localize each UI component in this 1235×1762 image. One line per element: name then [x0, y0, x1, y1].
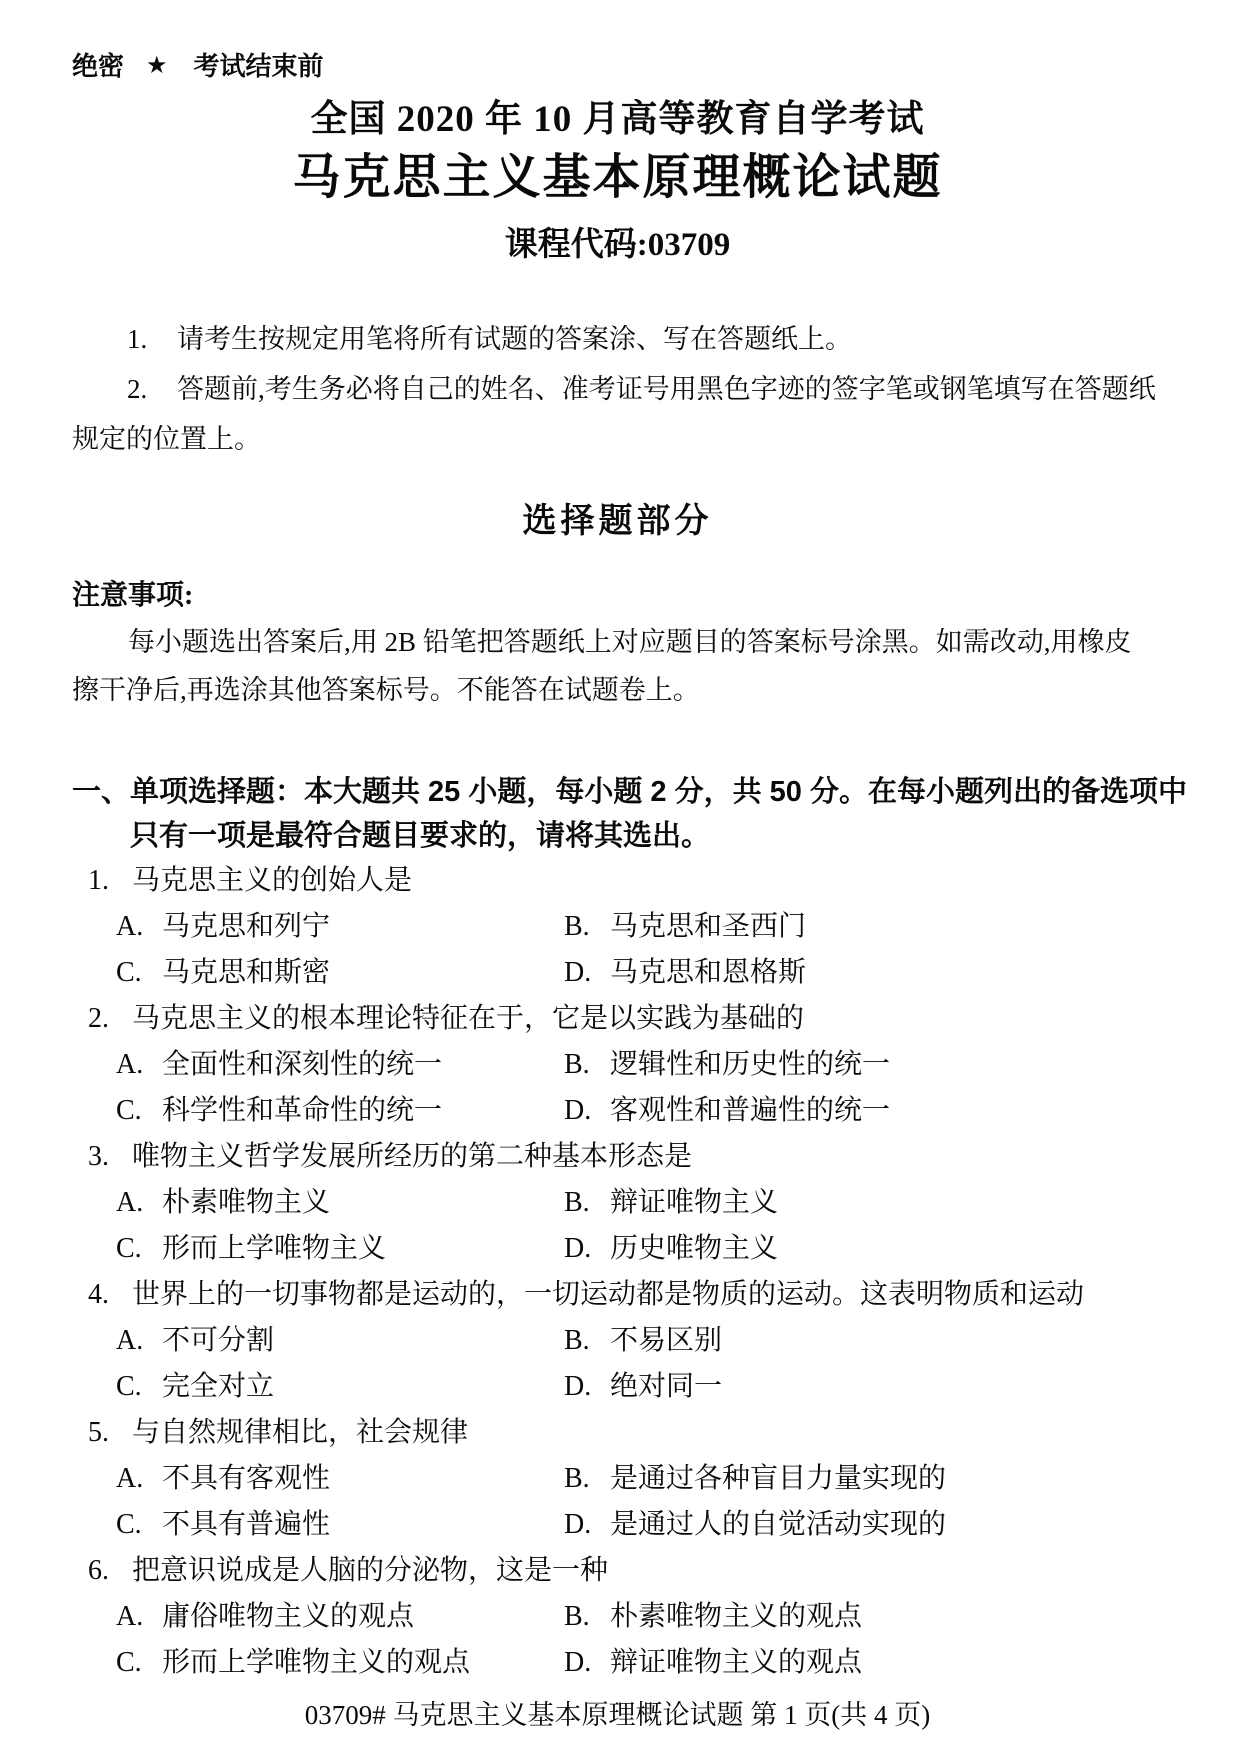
- option-text: 历史唯物主义: [610, 1226, 778, 1272]
- options-row: C. 马克思和斯密 D. 马克思和恩格斯: [116, 950, 1163, 996]
- option-text: 不具有客观性: [162, 1456, 330, 1502]
- option-b: B. 不易区别: [564, 1318, 722, 1364]
- option-letter: D.: [564, 1502, 610, 1548]
- option-a: A. 不具有客观性: [116, 1456, 564, 1502]
- option-letter: D.: [564, 1640, 610, 1686]
- option-c: C. 完全对立: [116, 1364, 564, 1410]
- option-letter: A.: [116, 1318, 162, 1364]
- question-stem: 2. 马克思主义的根本理论特征在于，它是以实践为基础的: [88, 996, 1163, 1042]
- section-heading: 选择题部分: [72, 500, 1163, 544]
- question-text: 唯物主义哲学发展所经历的第二种基本形态是: [132, 1134, 692, 1180]
- question-text: 与自然规律相比，社会规律: [132, 1410, 468, 1456]
- option-b: B. 逻辑性和历史性的统一: [564, 1042, 890, 1088]
- question-number: 6.: [88, 1548, 132, 1594]
- option-c: C. 形而上学唯物主义: [116, 1226, 564, 1272]
- options-row: C. 完全对立 D. 绝对同一: [116, 1364, 1163, 1410]
- option-b: B. 是通过各种盲目力量实现的: [564, 1456, 946, 1502]
- option-letter: C.: [116, 1088, 162, 1134]
- option-letter: B.: [564, 1180, 610, 1226]
- option-b: B. 辩证唯物主义: [564, 1180, 778, 1226]
- option-letter: D.: [564, 950, 610, 996]
- options-row: C. 不具有普遍性 D. 是通过人的自觉活动实现的: [116, 1502, 1163, 1548]
- section-one-text: 单项选择题：本大题共 25 小题，每小题 2 分，共 50 分。在每小题列出的备…: [130, 770, 1187, 814]
- question-3: 3. 唯物主义哲学发展所经历的第二种基本形态是 A. 朴素唯物主义 B. 辩证唯…: [72, 1134, 1163, 1272]
- question-stem: 5. 与自然规律相比，社会规律: [88, 1410, 1163, 1456]
- question-number: 5.: [88, 1410, 132, 1456]
- note-item: 2. 答题前,考生务必将自己的姓名、准考证号用黑色字迹的签字笔或钢笔填写在答题纸: [127, 364, 1163, 414]
- question-4: 4. 世界上的一切事物都是运动的，一切运动都是物质的运动。这表明物质和运动 A.…: [72, 1272, 1163, 1410]
- page-footer: 03709# 马克思主义基本原理概论试题 第 1 页(共 4 页): [0, 1698, 1235, 1732]
- note-number: 2.: [127, 364, 177, 414]
- option-text: 马克思和列宁: [162, 904, 330, 950]
- option-text: 逻辑性和历史性的统一: [610, 1042, 890, 1088]
- option-text: 客观性和普遍性的统一: [610, 1088, 890, 1134]
- option-a: A. 全面性和深刻性的统一: [116, 1042, 564, 1088]
- option-text: 辩证唯物主义的观点: [610, 1640, 862, 1686]
- option-letter: A.: [116, 1042, 162, 1088]
- question-number: 3.: [88, 1134, 132, 1180]
- option-letter: D.: [564, 1088, 610, 1134]
- options-row: C. 形而上学唯物主义 D. 历史唯物主义: [116, 1226, 1163, 1272]
- option-text: 形而上学唯物主义的观点: [162, 1640, 470, 1686]
- question-number: 4.: [88, 1272, 132, 1318]
- notice-line: 擦干净后,再选涂其他答案标号。不能答在试题卷上。: [72, 666, 1163, 714]
- option-c: C. 科学性和革命性的统一: [116, 1088, 564, 1134]
- star-icon: ★: [146, 50, 168, 82]
- option-letter: C.: [116, 1640, 162, 1686]
- option-text: 完全对立: [162, 1364, 274, 1410]
- question-stem: 1. 马克思主义的创始人是: [88, 858, 1163, 904]
- secrecy-label: 绝密: [72, 50, 124, 82]
- option-c: C. 形而上学唯物主义的观点: [116, 1640, 564, 1686]
- option-a: A. 庸俗唯物主义的观点: [116, 1594, 564, 1640]
- note-continuation: 规定的位置上。: [72, 414, 1163, 464]
- option-letter: C.: [116, 1226, 162, 1272]
- section-one-line1: 一、 单项选择题：本大题共 25 小题，每小题 2 分，共 50 分。在每小题列…: [72, 770, 1163, 814]
- option-letter: B.: [564, 904, 610, 950]
- option-a: A. 不可分割: [116, 1318, 564, 1364]
- question-text: 马克思主义的根本理论特征在于，它是以实践为基础的: [132, 996, 804, 1042]
- option-d: D. 历史唯物主义: [564, 1226, 778, 1272]
- option-d: D. 客观性和普遍性的统一: [564, 1088, 890, 1134]
- option-text: 不可分割: [162, 1318, 274, 1364]
- option-text: 科学性和革命性的统一: [162, 1088, 442, 1134]
- question-text: 马克思主义的创始人是: [132, 858, 412, 904]
- secrecy-banner: 绝密 ★ 考试结束前: [72, 50, 1163, 82]
- paper-title: 马克思主义基本原理概论试题: [72, 148, 1163, 208]
- option-text: 是通过各种盲目力量实现的: [610, 1456, 946, 1502]
- notice-title: 注意事项:: [72, 574, 1163, 618]
- option-d: D. 是通过人的自觉活动实现的: [564, 1502, 946, 1548]
- option-text: 不具有普遍性: [162, 1502, 330, 1548]
- option-text: 马克思和圣西门: [610, 904, 806, 950]
- notice-line: 每小题选出答案后,用 2B 铅笔把答题纸上对应题目的答案标号涂黑。如需改动,用橡…: [128, 618, 1163, 666]
- general-notes: 1. 请考生按规定用笔将所有试题的答案涂、写在答题纸上。 2. 答题前,考生务必…: [72, 314, 1163, 464]
- option-letter: D.: [564, 1364, 610, 1410]
- option-text: 马克思和恩格斯: [610, 950, 806, 996]
- option-letter: B.: [564, 1318, 610, 1364]
- question-stem: 4. 世界上的一切事物都是运动的，一切运动都是物质的运动。这表明物质和运动: [88, 1272, 1163, 1318]
- option-letter: B.: [564, 1456, 610, 1502]
- options-row: C. 科学性和革命性的统一 D. 客观性和普遍性的统一: [116, 1088, 1163, 1134]
- question-stem: 3. 唯物主义哲学发展所经历的第二种基本形态是: [88, 1134, 1163, 1180]
- option-d: D. 辩证唯物主义的观点: [564, 1640, 862, 1686]
- option-letter: B.: [564, 1594, 610, 1640]
- option-text: 庸俗唯物主义的观点: [162, 1594, 414, 1640]
- option-a: A. 马克思和列宁: [116, 904, 564, 950]
- option-letter: A.: [116, 904, 162, 950]
- question-number: 2.: [88, 996, 132, 1042]
- option-c: C. 马克思和斯密: [116, 950, 564, 996]
- question-stem: 6. 把意识说成是人脑的分泌物，这是一种: [88, 1548, 1163, 1594]
- option-letter: C.: [116, 950, 162, 996]
- note-item: 1. 请考生按规定用笔将所有试题的答案涂、写在答题纸上。: [127, 314, 1163, 364]
- section-one-line2: 只有一项是最符合题目要求的，请将其选出。: [130, 814, 1163, 858]
- option-d: D. 马克思和恩格斯: [564, 950, 806, 996]
- exam-session-title: 全国 2020 年 10 月高等教育自学考试: [72, 96, 1163, 144]
- option-a: A. 朴素唯物主义: [116, 1180, 564, 1226]
- question-list: 1. 马克思主义的创始人是 A. 马克思和列宁 B. 马克思和圣西门 C. 马克…: [72, 858, 1163, 1686]
- question-6: 6. 把意识说成是人脑的分泌物，这是一种 A. 庸俗唯物主义的观点 B. 朴素唯…: [72, 1548, 1163, 1686]
- option-text: 全面性和深刻性的统一: [162, 1042, 442, 1088]
- note-text: 答题前,考生务必将自己的姓名、准考证号用黑色字迹的签字笔或钢笔填写在答题纸: [177, 364, 1156, 414]
- options-row: A. 朴素唯物主义 B. 辩证唯物主义: [116, 1180, 1163, 1226]
- options-row: A. 全面性和深刻性的统一 B. 逻辑性和历史性的统一: [116, 1042, 1163, 1088]
- section-one-heading: 一、 单项选择题：本大题共 25 小题，每小题 2 分，共 50 分。在每小题列…: [72, 770, 1163, 858]
- option-text: 绝对同一: [610, 1364, 722, 1410]
- course-code: 课程代码:03709: [72, 222, 1163, 268]
- option-b: B. 朴素唯物主义的观点: [564, 1594, 862, 1640]
- question-text: 世界上的一切事物都是运动的，一切运动都是物质的运动。这表明物质和运动: [132, 1272, 1084, 1318]
- option-letter: C.: [116, 1364, 162, 1410]
- option-letter: A.: [116, 1594, 162, 1640]
- options-row: C. 形而上学唯物主义的观点 D. 辩证唯物主义的观点: [116, 1640, 1163, 1686]
- note-text: 请考生按规定用笔将所有试题的答案涂、写在答题纸上。: [177, 314, 852, 364]
- option-letter: B.: [564, 1042, 610, 1088]
- option-letter: A.: [116, 1456, 162, 1502]
- options-row: A. 庸俗唯物主义的观点 B. 朴素唯物主义的观点: [116, 1594, 1163, 1640]
- options-row: A. 不可分割 B. 不易区别: [116, 1318, 1163, 1364]
- option-b: B. 马克思和圣西门: [564, 904, 806, 950]
- option-text: 辩证唯物主义: [610, 1180, 778, 1226]
- options-row: A. 不具有客观性 B. 是通过各种盲目力量实现的: [116, 1456, 1163, 1502]
- option-letter: A.: [116, 1180, 162, 1226]
- option-text: 是通过人的自觉活动实现的: [610, 1502, 946, 1548]
- note-number: 1.: [127, 314, 177, 364]
- option-text: 马克思和斯密: [162, 950, 330, 996]
- option-text: 朴素唯物主义的观点: [610, 1594, 862, 1640]
- question-5: 5. 与自然规律相比，社会规律 A. 不具有客观性 B. 是通过各种盲目力量实现…: [72, 1410, 1163, 1548]
- exam-timing-label: 考试结束前: [194, 50, 324, 82]
- option-letter: D.: [564, 1226, 610, 1272]
- option-letter: C.: [116, 1502, 162, 1548]
- option-text: 朴素唯物主义: [162, 1180, 330, 1226]
- section-one-number: 一、: [72, 770, 130, 814]
- exam-paper-page: 绝密 ★ 考试结束前 全国 2020 年 10 月高等教育自学考试 马克思主义基…: [0, 0, 1235, 1762]
- question-2: 2. 马克思主义的根本理论特征在于，它是以实践为基础的 A. 全面性和深刻性的统…: [72, 996, 1163, 1134]
- question-text: 把意识说成是人脑的分泌物，这是一种: [132, 1548, 608, 1594]
- options-row: A. 马克思和列宁 B. 马克思和圣西门: [116, 904, 1163, 950]
- option-text: 不易区别: [610, 1318, 722, 1364]
- option-d: D. 绝对同一: [564, 1364, 722, 1410]
- option-c: C. 不具有普遍性: [116, 1502, 564, 1548]
- question-number: 1.: [88, 858, 132, 904]
- option-text: 形而上学唯物主义: [162, 1226, 386, 1272]
- question-1: 1. 马克思主义的创始人是 A. 马克思和列宁 B. 马克思和圣西门 C. 马克…: [72, 858, 1163, 996]
